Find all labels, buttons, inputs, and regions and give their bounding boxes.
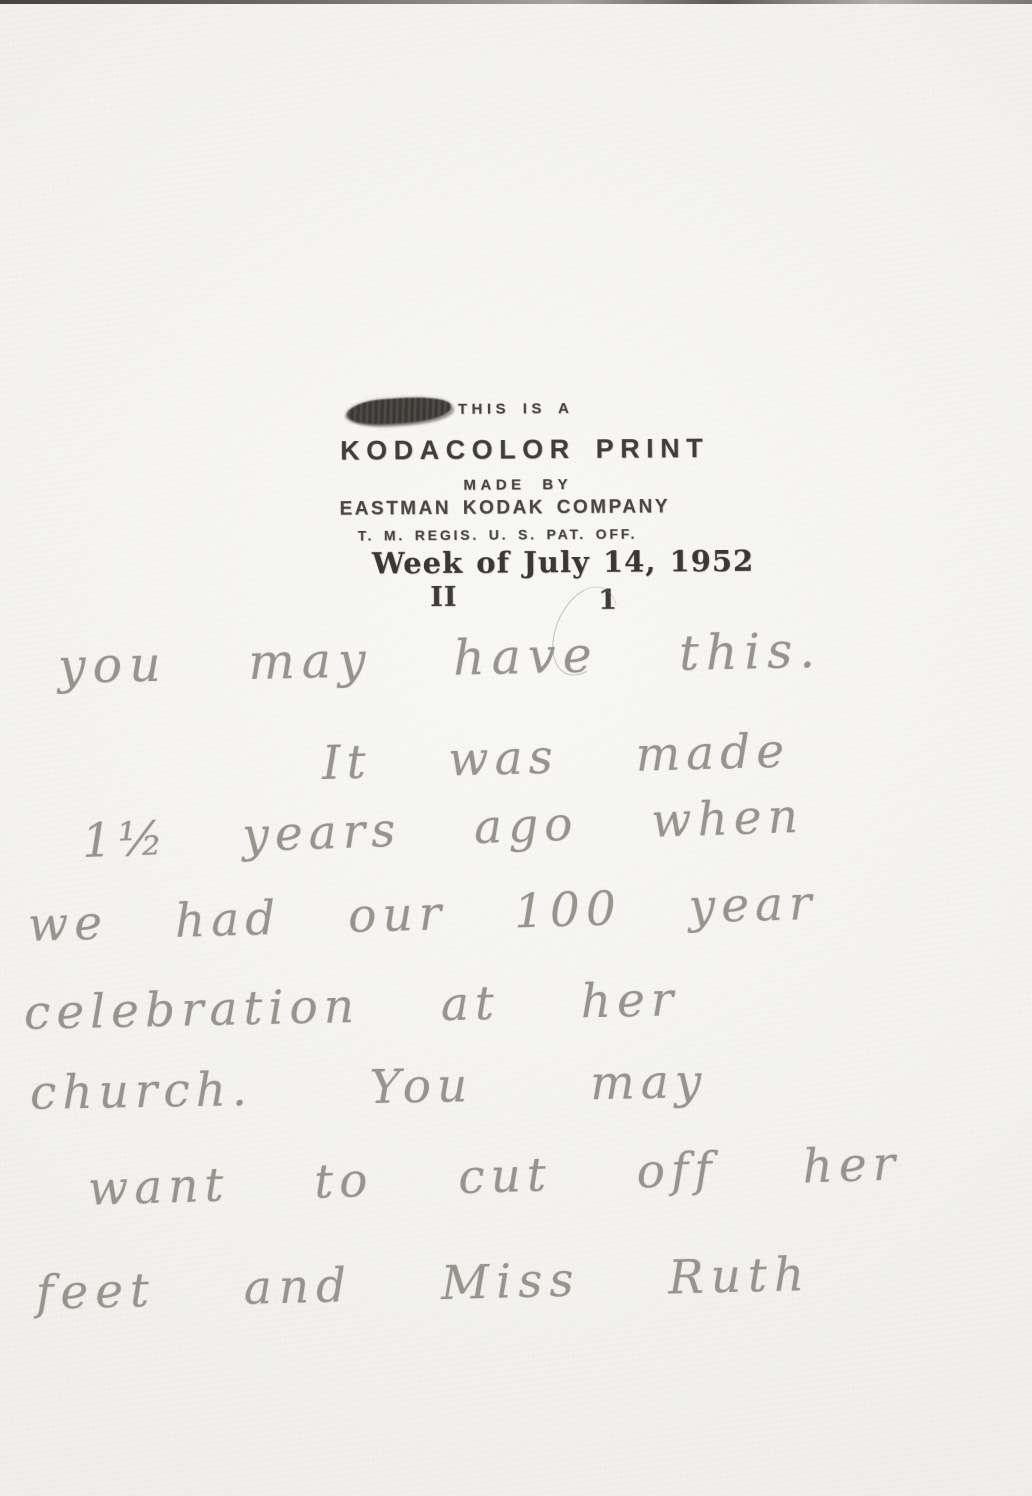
handwriting-line-3: 1½ years ago when: [81, 789, 805, 869]
handwriting-line-4: we had our 100 year: [27, 876, 818, 953]
stamp-line-kodacolor-print: KODACOLOR PRINT: [340, 433, 709, 467]
stamp-line-this-is-a: THIS IS A: [458, 400, 574, 418]
handwriting-line-8: feet and Miss Ruth: [35, 1247, 811, 1321]
handwriting-line-7: want to cut off her: [87, 1136, 902, 1217]
stamp-line-trademark-registered: T. M. REGIS. U. S. PAT. OFF.: [358, 526, 638, 544]
handwriting-line-5: celebration at her: [23, 972, 679, 1041]
photo-back-paper: THIS IS A KODACOLOR PRINT MADE BY EASTMA…: [0, 0, 1032, 1496]
stamp-line-week-of-date: Week of July 14, 1952: [372, 544, 754, 581]
handwriting-line-2: It was made: [321, 724, 790, 791]
stamp-line-eastman-kodak-company: EASTMAN KODAK COMPANY: [339, 496, 670, 520]
stamp-line-made-by: MADE BY: [463, 476, 572, 494]
handwriting-line-1: you may have this.: [57, 622, 822, 695]
stamp-mark-roman-numeral-ii: II: [430, 582, 457, 613]
handwriting-line-6: church. You may: [30, 1054, 708, 1121]
scan-top-edge: [0, 0, 1032, 4]
ink-smudge-icon: [346, 395, 451, 427]
